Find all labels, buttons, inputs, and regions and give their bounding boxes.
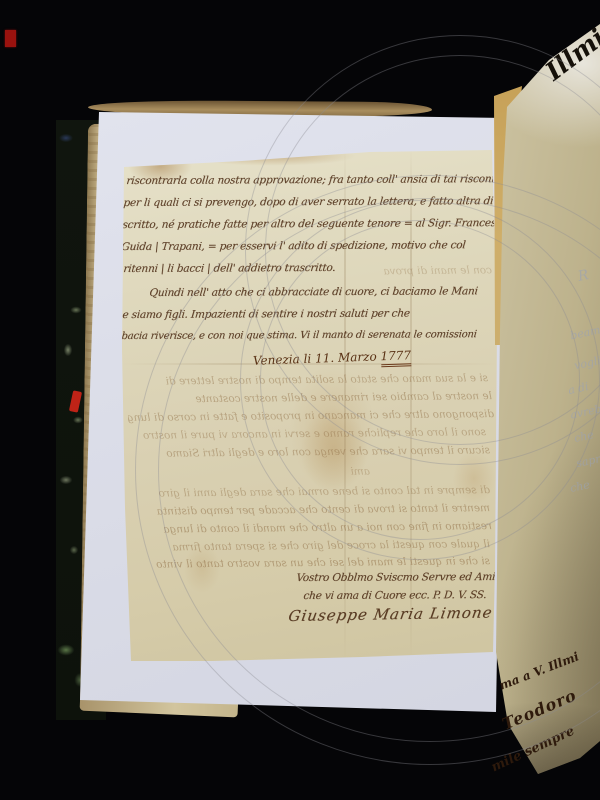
bleedthrough-line: restiamo in fine con noi a un altro che …: [132, 520, 492, 536]
letter-line: per li quali ci si prevengo, dopo di ave…: [123, 195, 526, 209]
bleedthrough-line: dispongono altre che ci mancano in propo…: [128, 408, 494, 424]
photo-backdrop: riscontrarla colla nostra approvazione; …: [0, 0, 600, 800]
dateline-year: 1777: [380, 348, 411, 367]
dateline-place-date: Venezia li 11. Marzo: [253, 349, 377, 367]
bleedthrough-block: si e la sua mano che stato la solita tem…: [124, 374, 494, 576]
letter-line: scritto, né pratiche fatte per altro del…: [122, 217, 509, 231]
bleedthrough-line: le nostre al cambio sei rimanere e delle…: [126, 390, 492, 406]
letter-line: e siamo figli. Impazienti di sentire i n…: [122, 307, 411, 321]
red-marker-top-left: [5, 30, 16, 47]
bleedthrough-line: ami: [274, 465, 370, 478]
bleedthrough-line: sono il loro che repliche ranno e servi …: [134, 426, 486, 442]
signature-line-2: che vi ama di Cuore ecc. P. D. V. SS.: [303, 589, 487, 602]
letter-line: ritenni | li bacci | dell' addietro tras…: [123, 262, 336, 275]
letter-dateline: Venezia li 11. Marzo 1777: [217, 347, 447, 369]
letter-sheet: riscontrarla colla nostra approvazione; …: [122, 148, 498, 662]
bleedthrough-line: sicuro il tempo vi sara che venga con lo…: [164, 444, 490, 459]
bleedthrough-line: il quale con questi la croce del giro ch…: [128, 538, 490, 554]
letter-line: Guida | Trapani, = per esservi l' adito …: [121, 239, 466, 253]
bleedthrough-line: si che in questi le mani del sei che un …: [134, 555, 490, 571]
signature-line-3: Giuseppe Maria Limone: [287, 603, 494, 625]
bleedthrough-line: di sempre in tal conto si bene ormai che…: [130, 484, 490, 500]
letter-line: riscontrarla colla nostra approvazione; …: [126, 173, 507, 187]
bleedthrough-line: con le mani di prova: [356, 264, 492, 277]
letter-line: Quindi nell' atto che ci abbracciate di …: [149, 285, 478, 299]
signature-line-1: Vostro Obblmo Sviscmo Servre ed Amico: [296, 571, 508, 584]
bleedthrough-line: si e la sua mano che stato la solita tem…: [130, 372, 488, 388]
bleedthrough-line: mentre il tanto si trova di cento che ac…: [126, 502, 490, 518]
letter-line: bacia riverisce, e con noi que stima. Vi…: [121, 329, 477, 342]
